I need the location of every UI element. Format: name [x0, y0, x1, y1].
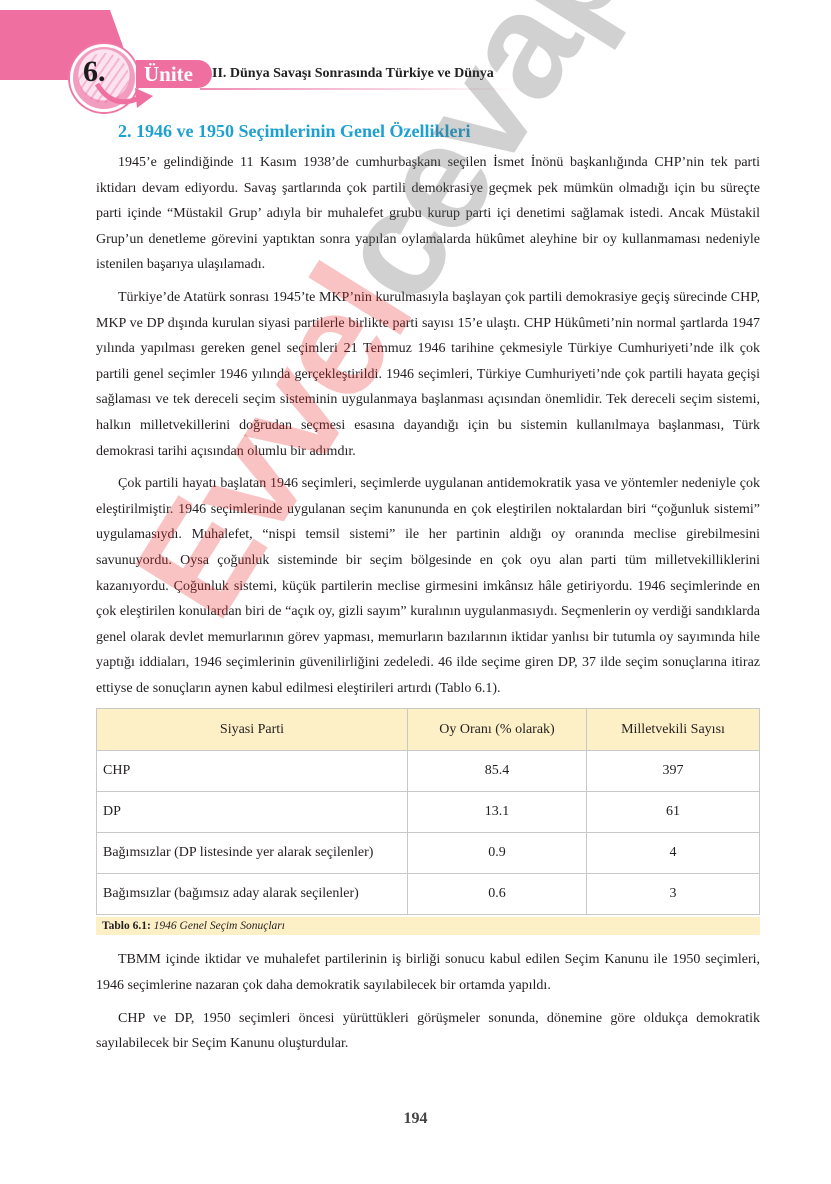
- vote-share-cell: 0.9: [408, 833, 587, 874]
- party-cell: CHP: [97, 751, 408, 792]
- table-row: Bağımsızlar (bağımsız aday alarak seçile…: [97, 874, 760, 915]
- table-row: DP 13.1 61: [97, 792, 760, 833]
- header-underline: [200, 88, 520, 90]
- unit-title: II. Dünya Savaşı Sonrasında Türkiye ve D…: [212, 66, 494, 82]
- vote-share-cell: 13.1: [408, 792, 587, 833]
- party-cell: Bağımsızlar (DP listesinde yer alarak se…: [97, 833, 408, 874]
- page-number: 194: [0, 1110, 831, 1128]
- paragraph: CHP ve DP, 1950 seçimleri öncesi yürüttü…: [96, 1006, 760, 1057]
- seats-cell: 397: [587, 751, 760, 792]
- caption-label: Tablo 6.1:: [102, 920, 151, 932]
- paragraph: 1945’e gelindiğinde 11 Kasım 1938’de cum…: [96, 150, 760, 278]
- table-header-row: Siyasi Parti Oy Oranı (% olarak) Milletv…: [97, 709, 760, 751]
- table-row: CHP 85.4 397: [97, 751, 760, 792]
- table-caption: Tablo 6.1: 1946 Genel Seçim Sonuçları: [96, 917, 760, 935]
- column-header: Oy Oranı (% olarak): [408, 709, 587, 751]
- section-title: 2. 1946 ve 1950 Seçimlerinin Genel Özell…: [118, 121, 470, 142]
- main-content: 1945’e gelindiğinde 11 Kasım 1938’de cum…: [96, 150, 760, 1064]
- paragraph: Çok partili hayatı başlatan 1946 seçimle…: [96, 471, 760, 701]
- seats-cell: 4: [587, 833, 760, 874]
- seats-cell: 61: [587, 792, 760, 833]
- party-cell: DP: [97, 792, 408, 833]
- vote-share-cell: 85.4: [408, 751, 587, 792]
- party-cell: Bağımsızlar (bağımsız aday alarak seçile…: [97, 874, 408, 915]
- closing-paragraphs: TBMM içinde iktidar ve muhalefet partile…: [96, 947, 760, 1056]
- paragraph: TBMM içinde iktidar ve muhalefet partile…: [96, 947, 760, 998]
- column-header: Milletvekili Sayısı: [587, 709, 760, 751]
- table-row: Bağımsızlar (DP listesinde yer alarak se…: [97, 833, 760, 874]
- election-results-table: Siyasi Parti Oy Oranı (% olarak) Milletv…: [96, 708, 760, 915]
- paragraph: Türkiye’de Atatürk sonrası 1945’te MKP’n…: [96, 285, 760, 464]
- unit-number: 6.: [83, 55, 106, 89]
- seats-cell: 3: [587, 874, 760, 915]
- column-header: Siyasi Parti: [97, 709, 408, 751]
- vote-share-cell: 0.6: [408, 874, 587, 915]
- caption-text: 1946 Genel Seçim Sonuçları: [154, 920, 285, 932]
